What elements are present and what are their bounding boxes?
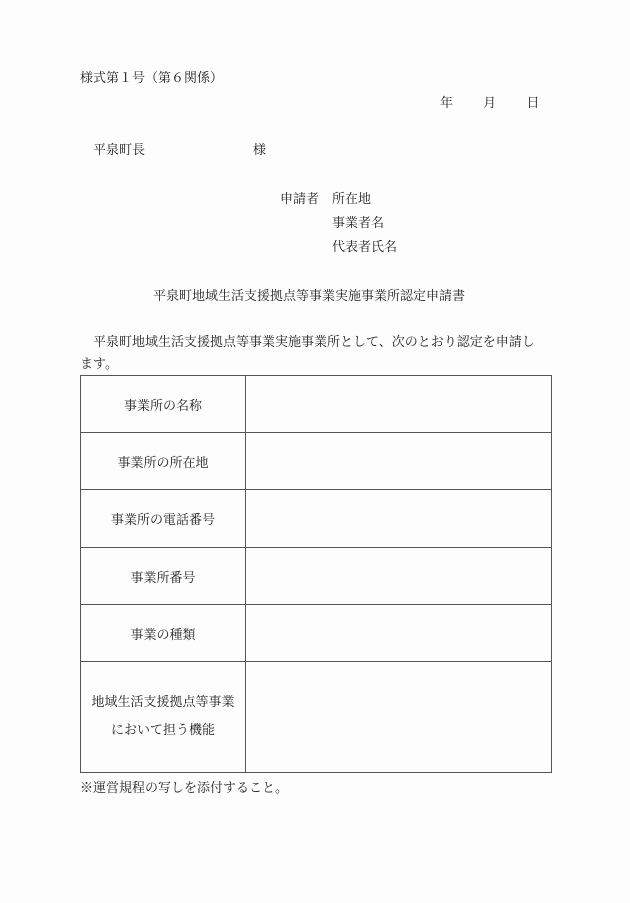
table-row: 事業所の所在地 xyxy=(81,433,552,490)
row-label: 事業の種類 xyxy=(81,605,246,662)
table-row: 事業所の電話番号 xyxy=(81,490,552,548)
page-title: 平泉町地域生活支援拠点等事業実施事業所認定申請書 xyxy=(153,285,465,304)
table-row: 事業所番号 xyxy=(81,548,552,605)
row-label: 事業所の電話番号 xyxy=(81,490,246,548)
date-month: 月 xyxy=(483,96,496,111)
date-day: 日 xyxy=(526,96,539,111)
applicant-address: 所在地 xyxy=(332,188,371,207)
row-label: 事業所番号 xyxy=(81,548,246,605)
facility-name-field[interactable] xyxy=(246,376,552,433)
applicant-representative: 代表者氏名 xyxy=(332,236,397,255)
facility-number-field[interactable] xyxy=(246,548,552,605)
table-row: 事業の種類 xyxy=(81,605,552,662)
application-table: 事業所の名称 事業所の所在地 事業所の電話番号 事業所番号 事業の種類 地域生活… xyxy=(80,375,552,773)
table-row: 地域生活支援拠点等事業 において担う機能 xyxy=(81,662,552,773)
form-number: 様式第１号（第６関係） xyxy=(80,67,223,86)
date-year: 年 xyxy=(440,96,453,111)
attachment-note: ※運営規程の写しを添付すること。 xyxy=(80,777,288,796)
row-label-line1: 地域生活支援拠点等事業 xyxy=(81,689,245,717)
facility-address-field[interactable] xyxy=(246,433,552,490)
business-type-field[interactable] xyxy=(246,605,552,662)
applicant-label: 申請者 xyxy=(280,188,319,207)
body-text-line2: ます。 xyxy=(80,353,118,372)
table-row: 事業所の名称 xyxy=(81,376,552,433)
row-label: 地域生活支援拠点等事業 において担う機能 xyxy=(81,662,246,773)
function-field[interactable] xyxy=(246,662,552,773)
row-label: 事業所の所在地 xyxy=(81,433,246,490)
facility-phone-field[interactable] xyxy=(246,490,552,548)
addressee-honorific: 様 xyxy=(253,139,266,158)
date-line: 年 月 日 xyxy=(440,92,539,111)
row-label: 事業所の名称 xyxy=(81,376,246,433)
applicant-business-name: 事業者名 xyxy=(332,212,384,231)
addressee-name: 平泉町長 xyxy=(93,139,145,158)
body-text-line1: 平泉町地域生活支援拠点等事業実施事業所として、次のとおり認定を申請し xyxy=(80,331,535,350)
row-label-line2: において担う機能 xyxy=(81,717,245,745)
